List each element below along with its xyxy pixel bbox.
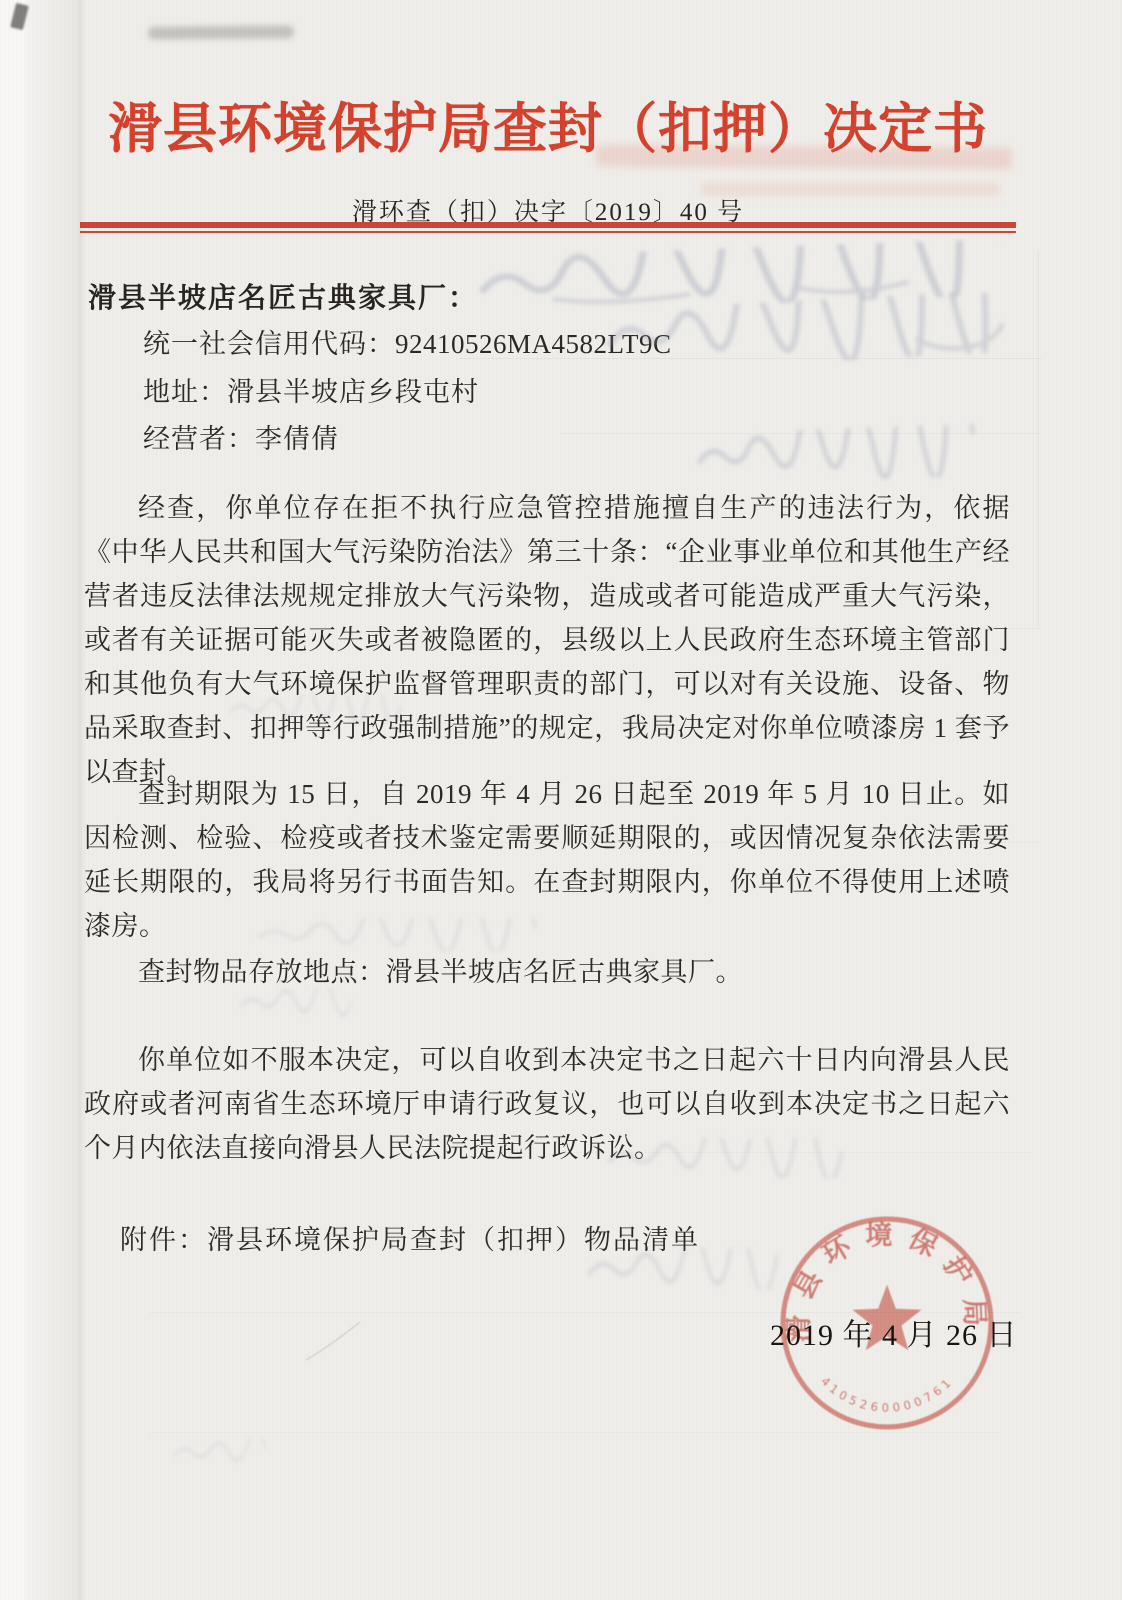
credit-code-label: 统一社会信用代码： [143,329,395,359]
scan-scratch-mark [300,1316,390,1366]
issue-date: 2019 年 4 月 26 日 [770,1310,1010,1354]
address-value: 滑县半坡店乡段屯村 [227,377,479,407]
scanner-edge-strip [0,0,26,1600]
recipient-name: 滑县半坡店名匠古典家具厂： [88,276,478,316]
scanned-document-page: 滑县环境保护局查封（扣押）决定书 滑环查（扣）决字〔2019〕40 号 滑县半坡… [0,0,1122,1600]
operator-value: 李倩倩 [255,424,339,454]
body-paragraph-findings: 经查，你单位存在拒不执行应急管控措施擅自生产的违法行为，依据《中华人民共和国大气… [84,486,1010,794]
bleed-through-handwriting [580,1248,790,1290]
bleed-through-table-line [220,842,1040,843]
page-left-margin-band [26,0,78,1600]
credit-code-line: 统一社会信用代码：92410526MA4582LT9C [143,322,672,361]
svg-text:4105260000761: 4105260000761 [818,1373,956,1414]
bleed-through-table-line [760,628,1040,629]
address-line: 地址：滑县半坡店乡段屯村 [143,370,479,409]
bleed-through-handwriting [250,918,580,952]
body-paragraph-appeal-rights: 你单位如不服本决定，可以自收到本决定书之日起六十日内向滑县人民政府或者河南省生态… [84,1038,1010,1170]
address-label: 地址： [143,377,227,407]
bleed-through-handwriting [689,422,1027,486]
document-number: 滑环查（扣）决字〔2019〕40 号 [78,192,1018,228]
bleed-through-handwriting [168,1438,288,1466]
pencil-smudge-mark [148,25,294,40]
bleed-through-handwriting [225,694,435,724]
operator-label: 经营者： [143,424,255,454]
bleed-through-handwriting [600,1138,870,1178]
operator-line: 经营者：李倩倩 [143,417,339,456]
document-title: 滑县环境保护局查封（扣押）决定书 [78,86,1018,163]
seal-code-number: 4105260000761 [818,1373,956,1414]
body-paragraph-storage-location: 查封物品存放地点：滑县半坡店名匠古典家具厂。 [84,950,1010,994]
bleed-through-handwriting [235,988,375,1018]
bleed-through-table-line [1038,250,1039,628]
